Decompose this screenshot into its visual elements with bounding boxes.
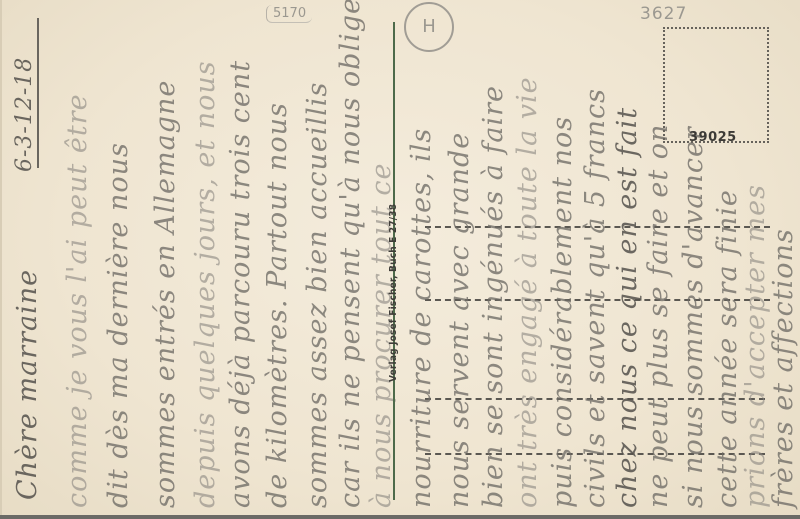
pencil-catalog-number: 3627 [640, 4, 687, 24]
handwriting-line: sommes assez bien accueillis [302, 82, 333, 508]
handwriting-line: depuis quelques jours, et nous [190, 60, 221, 508]
handwriting-line: car ils ne pensent qu'à nous obliger et [335, 0, 366, 508]
handwriting-line: chez nous ce qui en est fait [612, 107, 643, 508]
handwriting-line: nourriture de carottes, ils [406, 128, 437, 508]
handwriting-line: de kilomètres. Partout nous [262, 102, 293, 508]
handwriting-line: puis considérablement nos [547, 116, 578, 508]
handwriting-line: dit dès ma dernière nous [103, 142, 134, 508]
handwriting-line: bien se sont ingénués à faire [478, 85, 509, 508]
publisher-imprint: Verlag Josef Fischer, Buch E 27/38 [388, 204, 399, 382]
pencil-ref-number: 5170 [266, 5, 312, 23]
date-underline [37, 18, 39, 168]
pencil-circled-letter: H [404, 2, 454, 52]
handwriting-line: frères et affections [768, 228, 799, 508]
postcard-back: Chère marraine 6-3-12-18 comme je vous l… [0, 0, 800, 519]
handwriting-line: ont très engagé à toute la vie [512, 76, 543, 508]
handwriting-line: nous servent avec grande [444, 132, 475, 508]
handwriting-line: civils et savent qu'à 5 francs [580, 88, 611, 508]
handwriting-line: cette année sera finie [712, 189, 743, 508]
stamp-box-number: 39025 [689, 130, 737, 145]
handwriting-line: comme je vous l'ai peut être [62, 93, 93, 508]
handwriting-greeting: Chère marraine [12, 269, 43, 500]
handwriting-line: ne peut plus se faire et on [643, 124, 674, 508]
stamp-placeholder-box [663, 27, 769, 143]
handwriting-line: sommes entrés en Allemagne [150, 80, 181, 508]
handwriting-date: 6-3-12-18 [12, 57, 37, 172]
handwriting-line: avons déjà parcouru trois cent [225, 60, 256, 508]
handwriting-line: prions d'accepter mes [740, 184, 771, 508]
handwriting-line: si nous sommes d'avancer [678, 126, 709, 508]
